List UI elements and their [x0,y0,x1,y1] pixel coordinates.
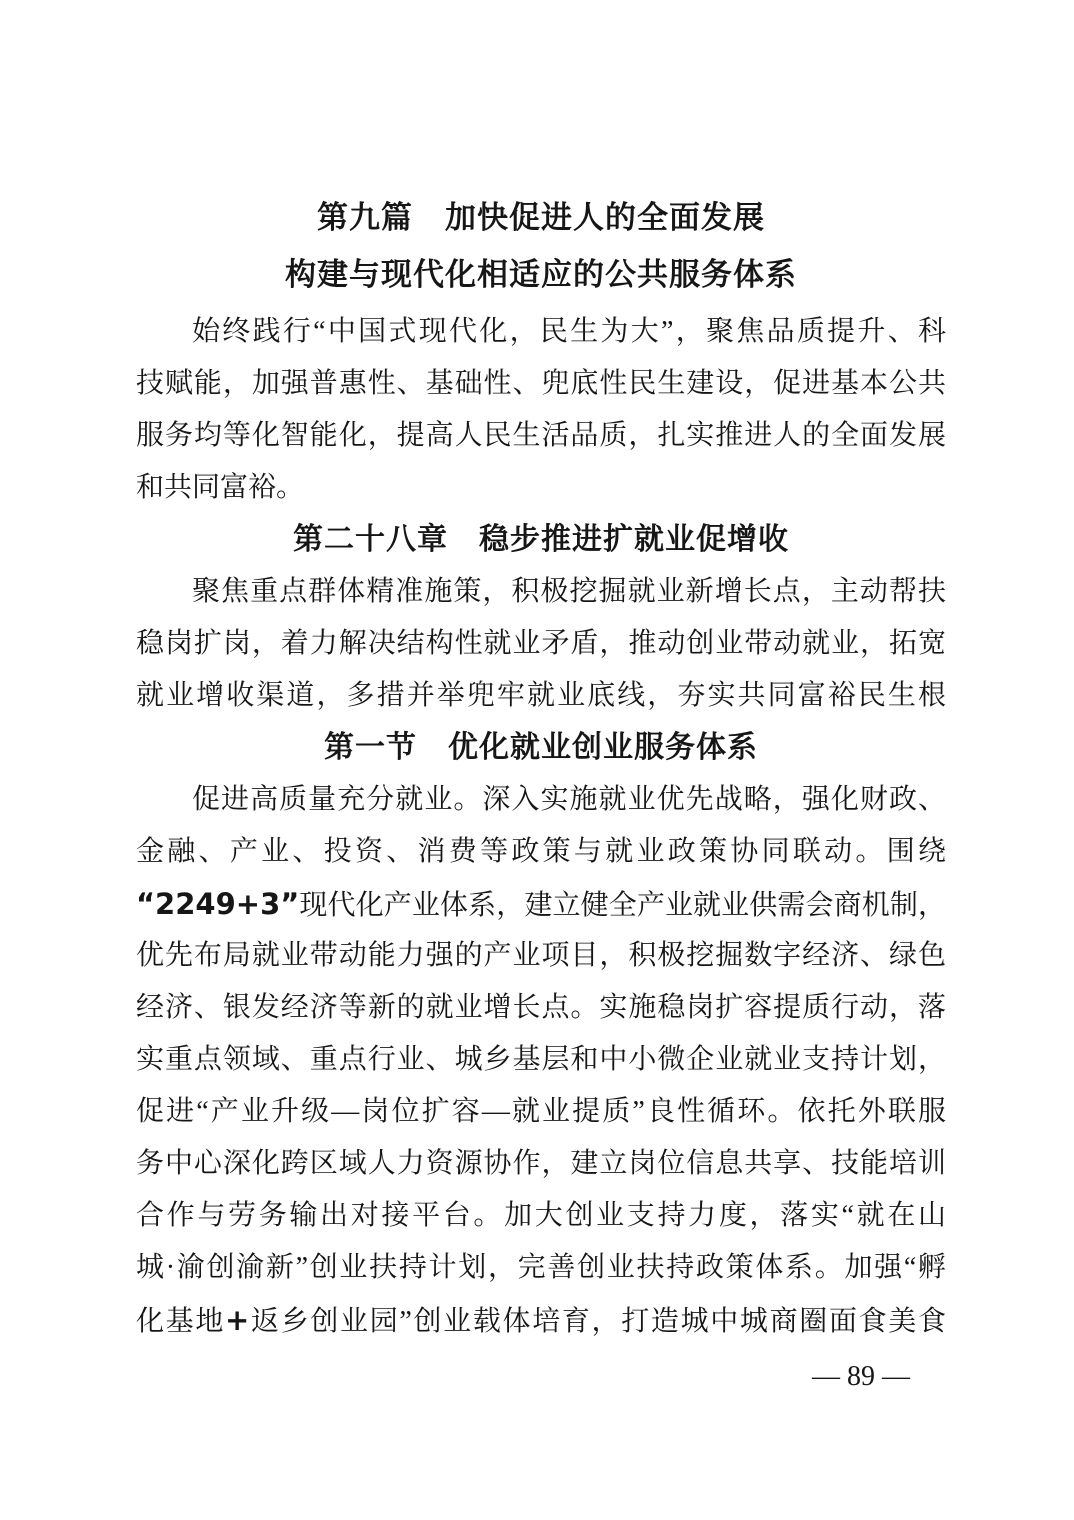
text-line: 服务均等化智能化，提高人民生活品质，扎实推进人的全面发展 [136,410,946,462]
text-segment: 返乡创业园”创业载体培育，打造城中城商圈面食美食 [249,1306,946,1337]
text-line: 技赋能，加强普惠性、基础性、兜底性民生建设，促进基本公共 [136,358,946,410]
text-line: 实重点领域、重点行业、城乡基层和中小微企业就业支持计划， [136,1034,946,1086]
document-page: 第九篇 加快促进人的全面发展 构建与现代化相适应的公共服务体系 始终践行“中国式… [0,0,1074,1520]
text-line: 聚焦重点群体精准施策，积极挖掘就业新增长点，主动帮扶 [136,566,946,618]
text-line: 务中心深化跨区域人力资源协作，建立岗位信息共享、技能培训 [136,1138,946,1190]
part-title-line1: 第九篇 加快促进人的全面发展 [136,198,946,238]
chapter-heading: 第二十八章 稳步推进扩就业促增收 [136,514,946,566]
text-line: 城·渝创渝新”创业扶持计划，完善创业扶持政策体系。加强“孵 [136,1242,946,1294]
text-line: 合作与劳务输出对接平台。加大创业支持力度，落实“就在山 [136,1190,946,1242]
text-line: 优先布局就业带动能力强的产业项目，积极挖掘数字经济、绿色 [136,930,946,982]
text-line: 促进“产业升级—岗位扩容—就业提质”良性循环。依托外联服 [136,1086,946,1138]
numeric-highlight: “2249+3” [136,887,299,921]
text-block: 第九篇 加快促进人的全面发展 构建与现代化相适应的公共服务体系 始终践行“中国式… [136,198,946,1395]
intro-paragraph: 始终践行“中国式现代化，民生为大”，聚焦品质提升、科技赋能，加强普惠性、基础性、… [136,306,946,514]
text-line: 经济、银发经济等新的就业增长点。实施稳岗扩容提质行动，落 [136,982,946,1034]
text-line: 就业增收渠道，多措并举兜牢就业底线，夯实共同富裕民生根基。 [136,670,946,722]
text-line: 化基地+返乡创业园”创业载体培育，打造城中城商圈面食美食 [136,1294,946,1346]
page-number: — 89 — [136,1359,946,1395]
text-line: 稳岗扩岗，着力解决结构性就业矛盾，推动创业带动就业，拓宽 [136,618,946,670]
text-line: 始终践行“中国式现代化，民生为大”，聚焦品质提升、科 [136,306,946,358]
text-line: “2249+3”现代化产业体系，建立健全产业就业供需会商机制， [136,878,946,930]
section-paragraph: 促进高质量充分就业。深入实施就业优先战略，强化财政、金融、产业、投资、消费等政策… [136,774,946,1346]
text-segment: 化基地 [136,1306,225,1337]
numeric-highlight: + [225,1303,249,1337]
text-line: 促进高质量充分就业。深入实施就业优先战略，强化财政、 [136,774,946,826]
text-line: 金融、产业、投资、消费等政策与就业政策协同联动。围绕 [136,826,946,878]
text-line: 和共同富裕。 [136,462,946,514]
part-title-line2: 构建与现代化相适应的公共服务体系 [136,255,946,295]
section-heading: 第一节 优化就业创业服务体系 [136,722,946,774]
chapter-paragraph: 聚焦重点群体精准施策，积极挖掘就业新增长点，主动帮扶稳岗扩岗，着力解决结构性就业… [136,566,946,722]
text-segment: 现代化产业体系，建立健全产业就业供需会商机制， [299,890,946,921]
